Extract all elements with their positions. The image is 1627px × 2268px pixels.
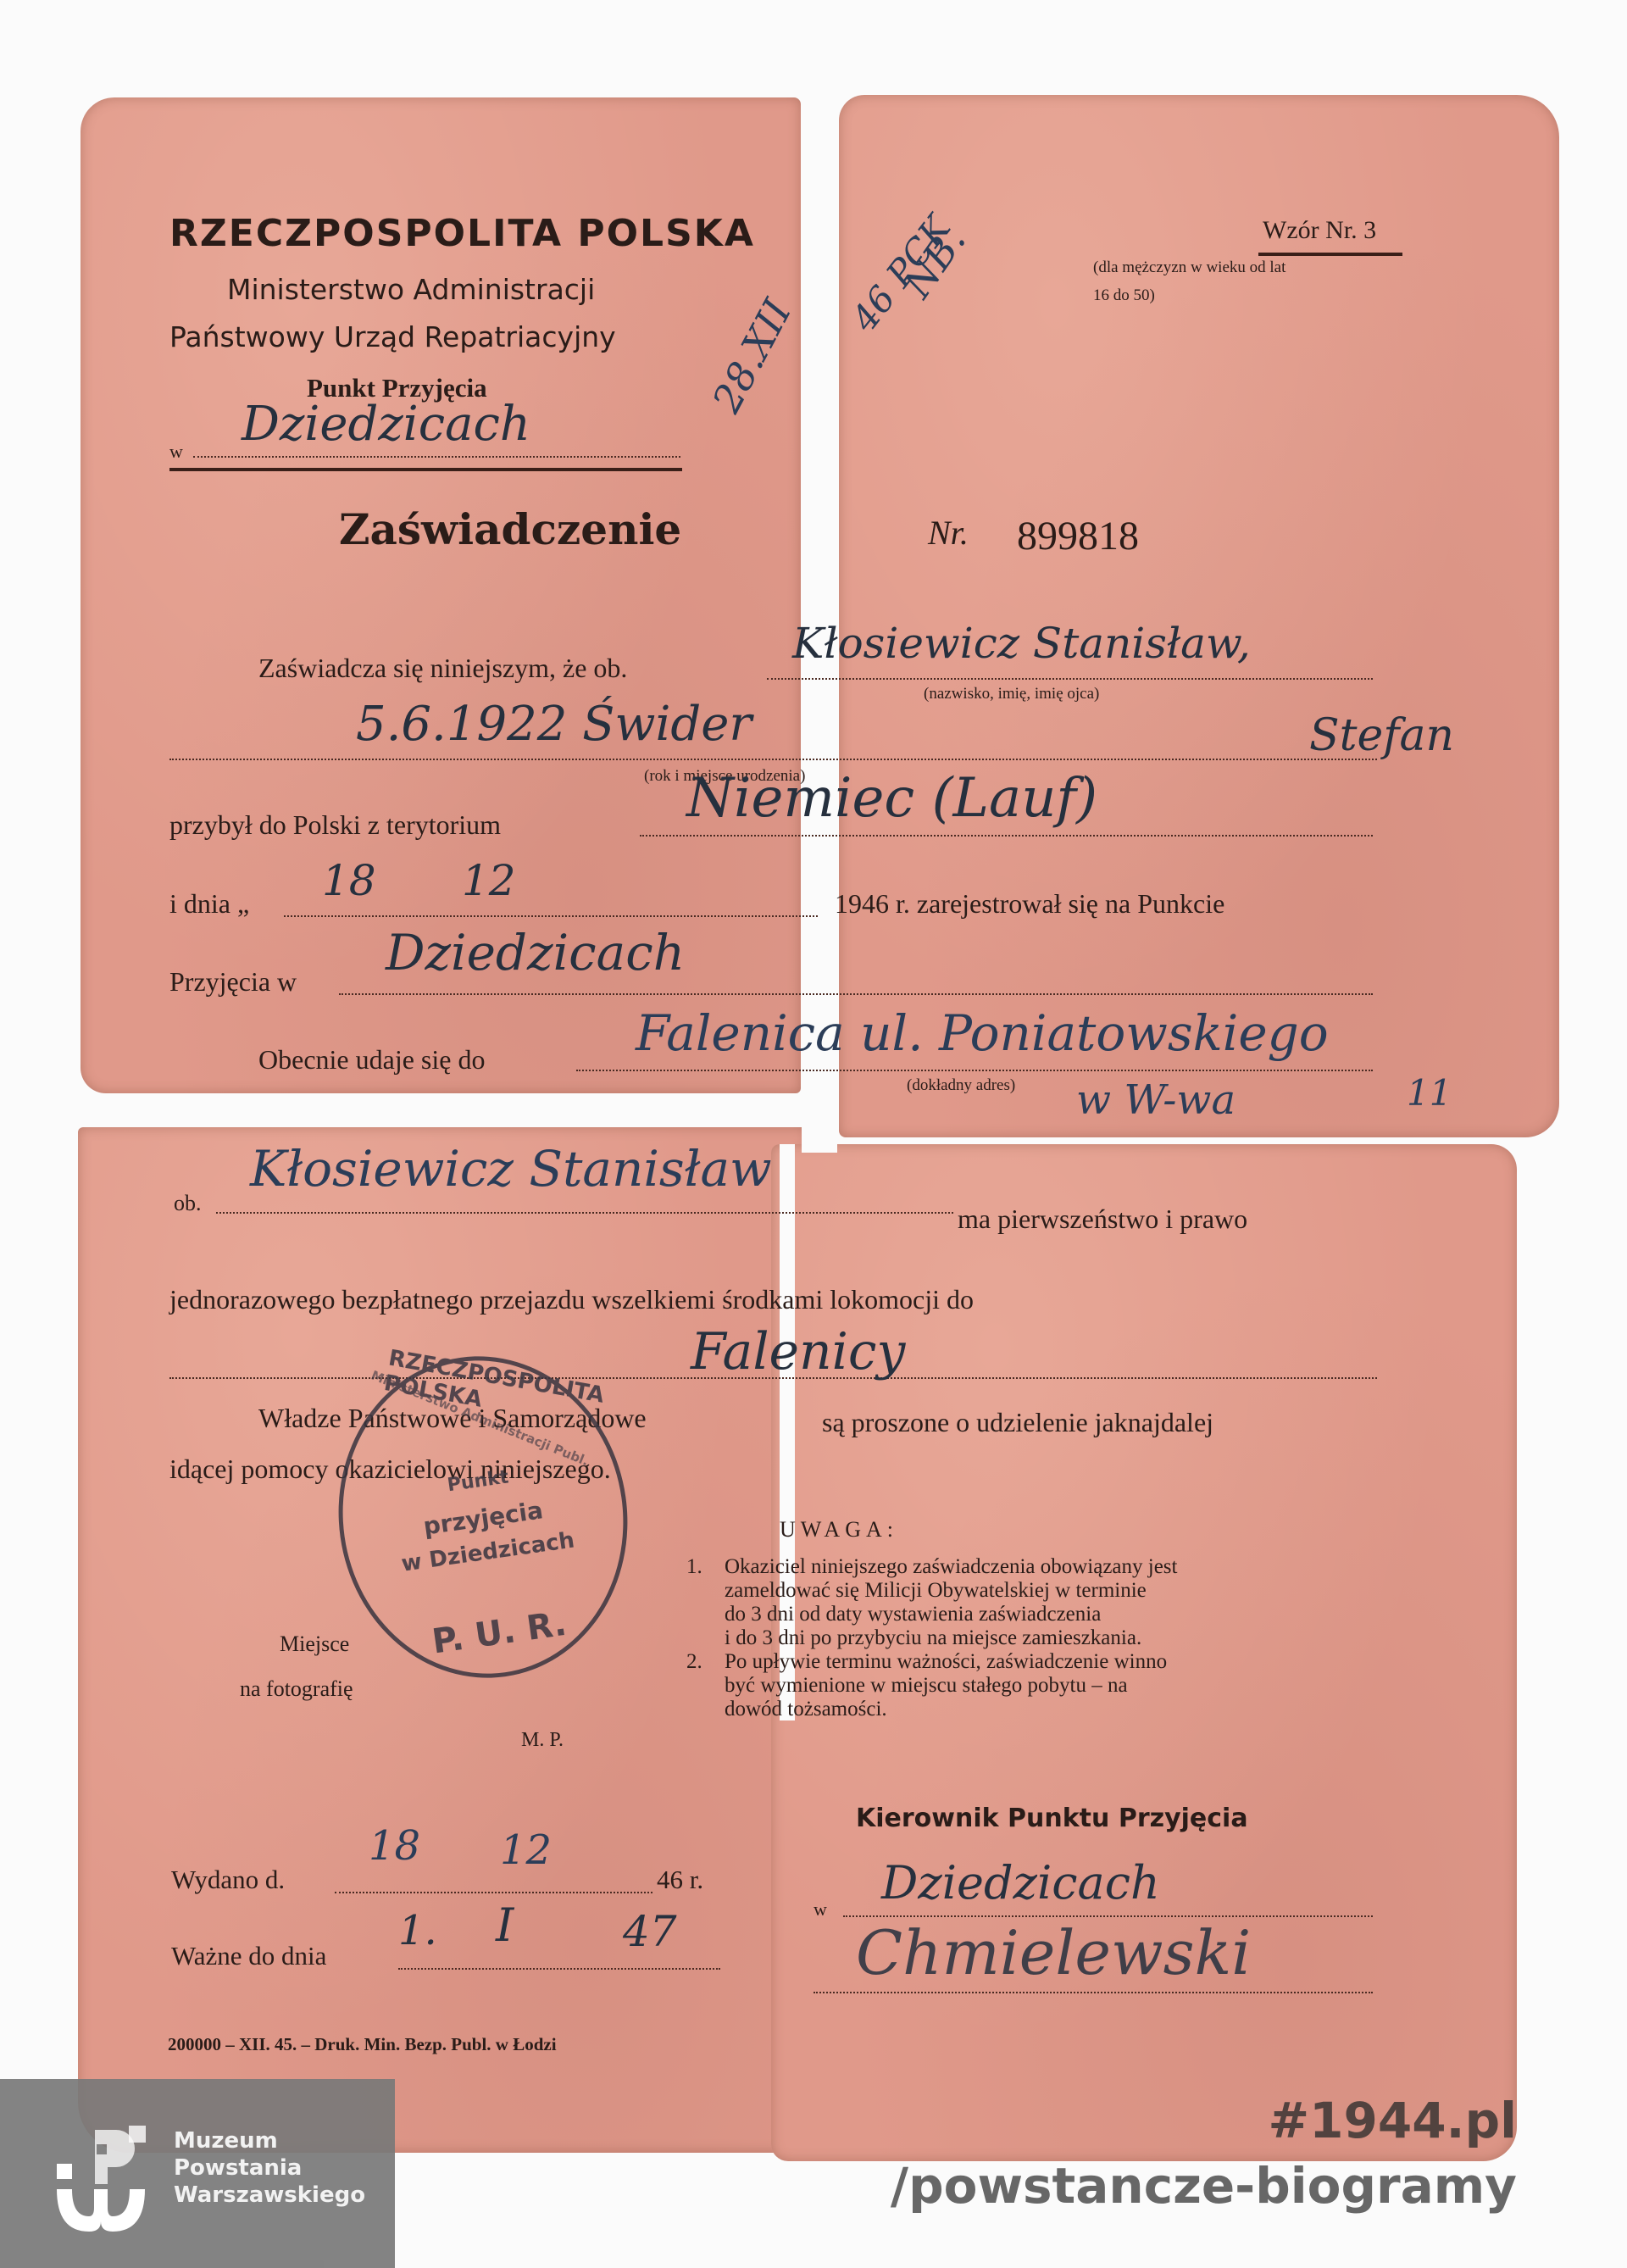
issued-year-suffix: 46 r. xyxy=(657,1865,703,1895)
address-number: 11 xyxy=(1407,1072,1452,1114)
museum-name-line2: Powstania xyxy=(174,2155,302,2181)
birth-value: 5.6.1922 Świder xyxy=(356,697,752,752)
watermark-site: #1944.pl xyxy=(1269,2092,1517,2149)
reception-point-value: Dziedzicach xyxy=(242,397,530,452)
document-title: Zaświadczenie xyxy=(339,504,681,554)
valid-label: Ważne do dnia xyxy=(171,1941,326,1971)
photo-label-line2: na fotografię xyxy=(240,1676,353,1702)
address-hint: (dokładny adres) xyxy=(907,1076,1015,1095)
signature-dotted-line xyxy=(813,1992,1373,1993)
note-number: 1. xyxy=(686,1555,702,1579)
form-id-rule xyxy=(1258,253,1402,256)
request-line1-right: są proszone o udzielenie jaknajdalej xyxy=(822,1407,1213,1438)
note-line: Okaziciel niniejszego zaświadczenia obow… xyxy=(725,1555,1178,1579)
issued-month: 12 xyxy=(500,1826,552,1874)
name-value: Kłosiewicz Stanisław, xyxy=(792,619,1251,668)
anchor-logo-icon xyxy=(53,2126,150,2236)
signature-value: Chmielewski xyxy=(856,1917,1251,1988)
signature-title: Kierownik Punktu Przyjęcia xyxy=(856,1804,1248,1833)
month-value: 12 xyxy=(462,856,516,905)
printer-note: 200000 – XII. 45. – Druk. Min. Bezp. Pub… xyxy=(168,2034,557,2055)
note-line: być wymienione w miejscu stałego pobytu … xyxy=(725,1674,1128,1698)
valid-dotted-line xyxy=(398,1968,720,1970)
going-to-label: Obecnie udaje się do xyxy=(258,1044,485,1076)
museum-logo-overlay: Muzeum Powstania Warszawskiego xyxy=(0,2079,395,2268)
valid-year: 47 xyxy=(623,1907,677,1956)
day-dotted-line xyxy=(284,915,818,917)
note-line: do 3 dni od daty wystawienia zaświadczen… xyxy=(725,1603,1101,1626)
header-office: Państwowy Urząd Repatriacyjny xyxy=(169,320,616,353)
note-line: i do 3 dni po przybyciu na miejsce zamie… xyxy=(725,1626,1141,1650)
priority-name-value: Kłosiewicz Stanisław xyxy=(250,1140,772,1198)
note-line: Po upływie terminu ważności, zaświadczen… xyxy=(725,1650,1167,1674)
name-hint: (nazwisko, imię, imię ojca) xyxy=(924,685,1099,703)
day-label: i dnia „ xyxy=(169,888,249,920)
reception-dotted-line xyxy=(339,993,1373,995)
priority-prefix: ob. xyxy=(174,1191,202,1216)
reception-value: Dziedzicach xyxy=(386,924,685,981)
notes-title: UWAGA: xyxy=(780,1517,898,1543)
form-id-note-line2: 16 do 50) xyxy=(1093,286,1155,305)
watermark-path: /powstancze-biogramy xyxy=(891,2157,1517,2215)
header-ministry: Ministerstwo Administracji xyxy=(227,273,595,306)
arrived-dotted-line xyxy=(640,835,1373,837)
form-id-label: Wzór Nr. 3 xyxy=(1263,216,1376,245)
priority-name-dotted-line xyxy=(216,1212,953,1214)
day-value: 18 xyxy=(322,856,376,905)
reception-label: Przyjęcia w xyxy=(169,966,297,998)
arrived-label: przybył do Polski z terytorium xyxy=(169,809,501,841)
birth-dotted-line xyxy=(169,759,1377,760)
note-line: zameldować się Milicji Obywatelskiej w t… xyxy=(725,1579,1147,1603)
valid-day: 1. xyxy=(398,1907,437,1954)
valid-month: I xyxy=(496,1898,514,1952)
reception-point-dotted-line xyxy=(193,456,680,458)
name-dotted-line xyxy=(767,678,1373,680)
priority-line2: jednorazowego bezpłatnego przejazdu wsze… xyxy=(169,1284,974,1315)
going-to-value: Falenica ul. Poniatowskiego xyxy=(636,1004,1329,1062)
museum-name-line3: Warszawskiego xyxy=(174,2182,365,2208)
issued-label: Wydano d. xyxy=(171,1865,285,1895)
header-rule xyxy=(169,468,682,471)
going-to-dotted-line xyxy=(576,1070,1373,1071)
note-number: 2. xyxy=(686,1650,702,1674)
header-country: RZECZPOSPOLITA POLSKA xyxy=(169,212,755,255)
registered-text: 1946 r. zarejestrował się na Punkcie xyxy=(835,888,1224,920)
certificate-number: 899818 xyxy=(1017,513,1139,559)
father-value: Stefan xyxy=(1309,710,1454,761)
reception-point-prefix: w xyxy=(169,441,183,463)
note-line: dowód tożsamości. xyxy=(725,1698,887,1721)
issued-day: 18 xyxy=(369,1822,420,1870)
photo-label-line1: Miejsce xyxy=(280,1632,349,1657)
certifies-label: Zaświadcza się niniejszym, że ob. xyxy=(258,653,627,684)
priority-line1: ma pierwszeństwo i prawo xyxy=(958,1203,1247,1235)
seal-label: M. P. xyxy=(521,1729,564,1752)
signature-place-prefix: w xyxy=(813,1898,827,1921)
museum-name-line1: Muzeum xyxy=(174,2128,278,2154)
arrived-value: Niemiec (Lauf) xyxy=(686,767,1097,830)
issued-dotted-line xyxy=(335,1892,652,1893)
address-value-2: w W-wa xyxy=(1076,1076,1236,1124)
signature-place-value: Dziedzicach xyxy=(881,1856,1160,1909)
form-id-note-line1: (dla mężczyzn w wieku od lat xyxy=(1093,258,1285,277)
number-label: Nr. xyxy=(928,513,969,553)
destination-value: Falenicy xyxy=(691,1322,905,1381)
